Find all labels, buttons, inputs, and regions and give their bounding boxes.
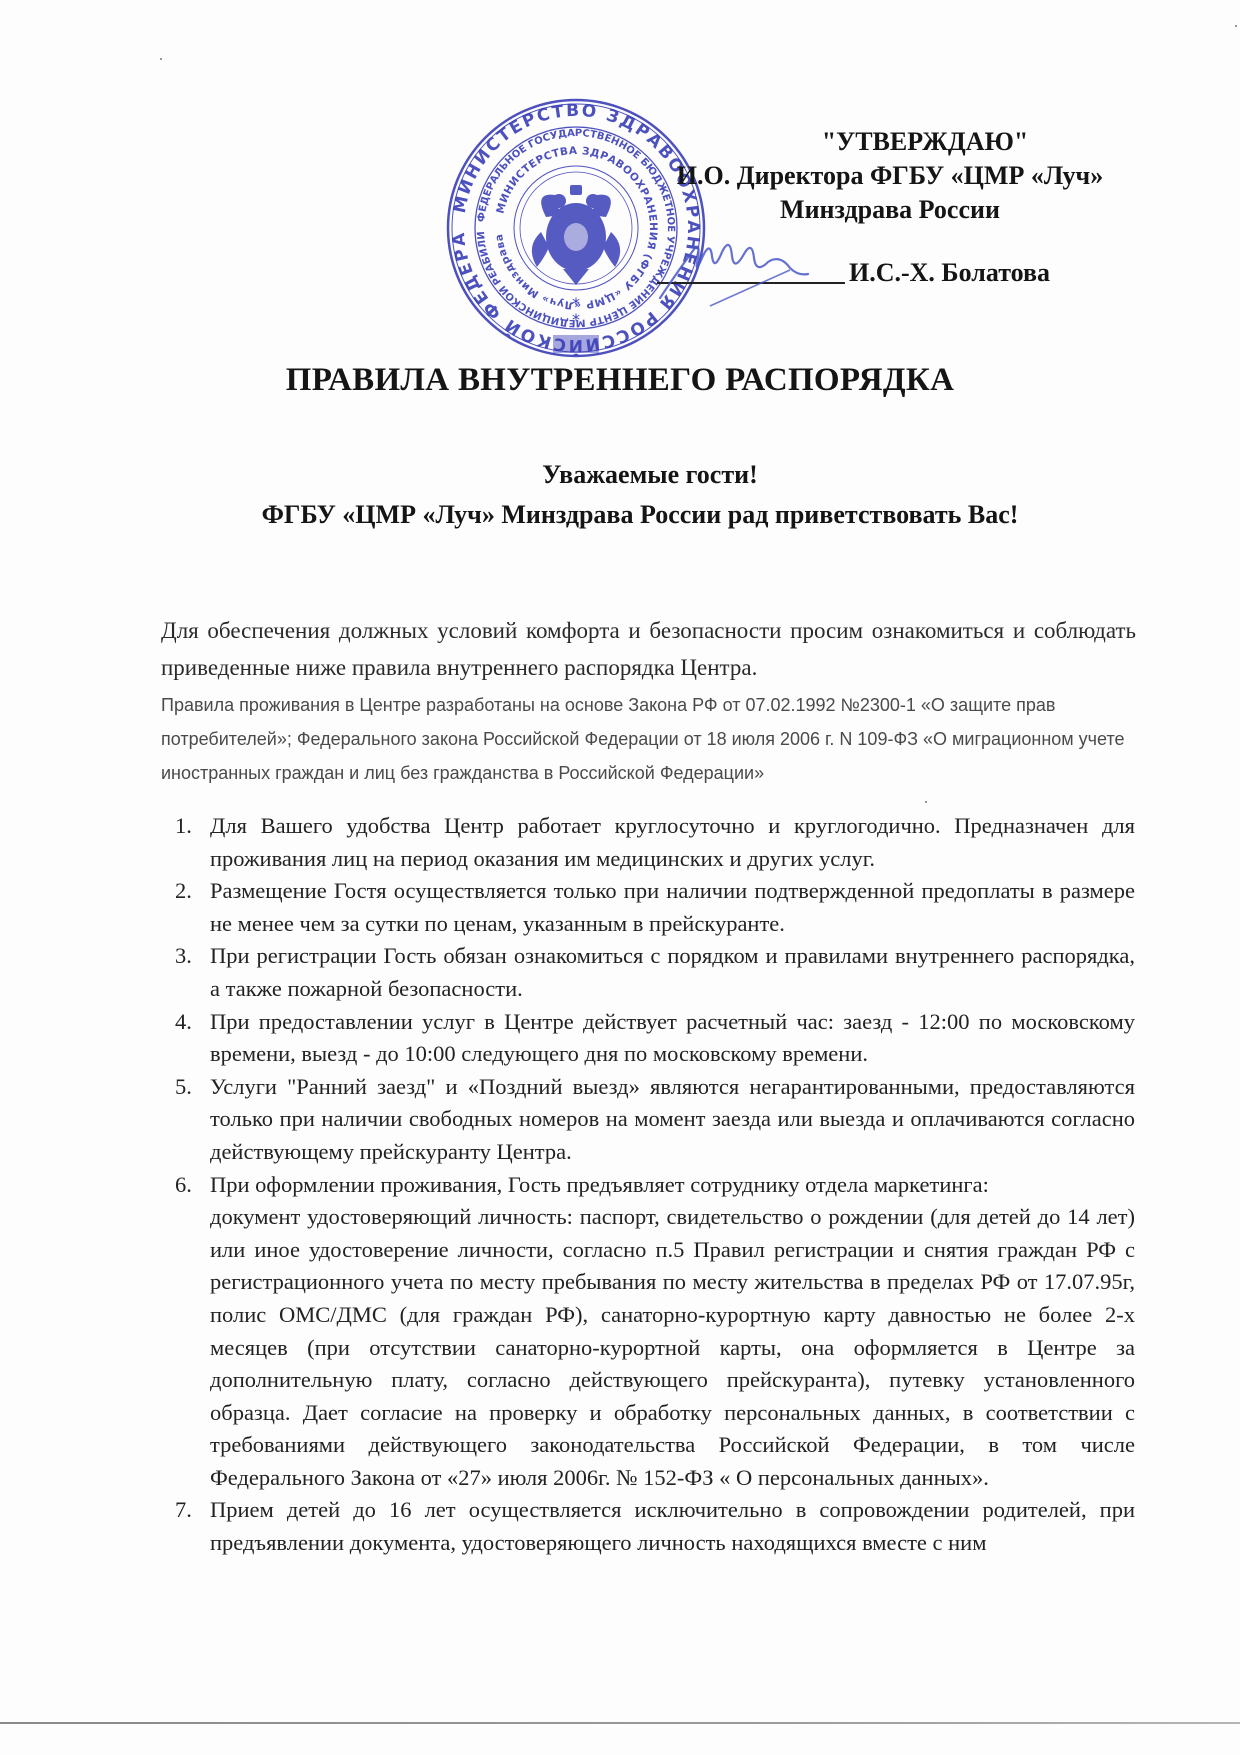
rule-number: 6. (175, 1169, 192, 1202)
document-page: МИНИСТЕРСТВО ЗДРАВООХРАНЕНИЯ РОССИЙСКОЙ … (0, 0, 1240, 1755)
rule-text: Услуги "Ранний заезд" и «Поздний выезд» … (210, 1071, 1135, 1169)
rule-text-continuation: документ удостоверяющий личность: паспор… (210, 1201, 1135, 1494)
rule-number: 7. (175, 1494, 192, 1527)
rule-text: При оформлении проживания, Гость предъяв… (210, 1169, 1135, 1202)
rules-list: 1. Для Вашего удобства Центр работает кр… (165, 810, 1135, 1560)
greeting-heading: Уважаемые гости! (60, 460, 1240, 490)
rule-number: 2. (175, 875, 192, 908)
rule-text: Прием детей до 16 лет осуществляется иск… (210, 1494, 1135, 1559)
page-edge-line (0, 1722, 1240, 1724)
rule-number: 1. (175, 810, 192, 843)
legal-basis-paragraph: Правила проживания в Центре разработаны … (161, 688, 1141, 790)
rule-text: Для Вашего удобства Центр работает кругл… (210, 810, 1135, 875)
rule-text: При регистрации Гость обязан ознакомитьс… (210, 940, 1135, 1005)
approver-position: И.О. Директора ФГБУ «ЦМР «Луч» (640, 159, 1140, 193)
approval-heading: "УТВЕРЖДАЮ" (710, 125, 1140, 159)
rule-item: 3. При регистрации Гость обязан ознакоми… (165, 940, 1135, 1005)
rule-item: 5. Услуги "Ранний заезд" и «Поздний выез… (165, 1071, 1135, 1169)
rule-item: 4. При предоставлении услуг в Центре дей… (165, 1006, 1135, 1071)
rule-item: 6. При оформлении проживания, Гость пред… (165, 1169, 1135, 1495)
approver-organization: Минздрава России (640, 193, 1140, 227)
svg-text:*: * (572, 310, 580, 329)
document-title: ПРАВИЛА ВНУТРЕННЕГО РАСПОРЯДКА (0, 362, 1240, 399)
intro-paragraph: Для обеспечения должных условий комфорта… (161, 612, 1136, 686)
rule-item: 1. Для Вашего удобства Центр работает кр… (165, 810, 1135, 875)
rule-text: При предоставлении услуг в Центре действ… (210, 1006, 1135, 1071)
scan-speck (925, 801, 927, 803)
rule-item: 7. Прием детей до 16 лет осуществляется … (165, 1494, 1135, 1559)
scan-speck (1235, 25, 1237, 27)
rule-item: 2. Размещение Гостя осуществляется тольк… (165, 875, 1135, 940)
rule-number: 5. (175, 1071, 192, 1104)
rule-text: Размещение Гостя осуществляется только п… (210, 875, 1135, 940)
approval-block: "УТВЕРЖДАЮ" И.О. Директора ФГБУ «ЦМР «Лу… (640, 125, 1140, 227)
signer-name: И.С.-Х. Болатова (849, 258, 1050, 288)
rule-number: 3. (175, 940, 192, 973)
handwritten-signature-icon (640, 228, 820, 308)
greeting-subheading: ФГБУ «ЦМР «Луч» Минздрава России рад при… (40, 500, 1240, 530)
scan-speck (160, 58, 162, 60)
rule-number: 4. (175, 1006, 192, 1039)
